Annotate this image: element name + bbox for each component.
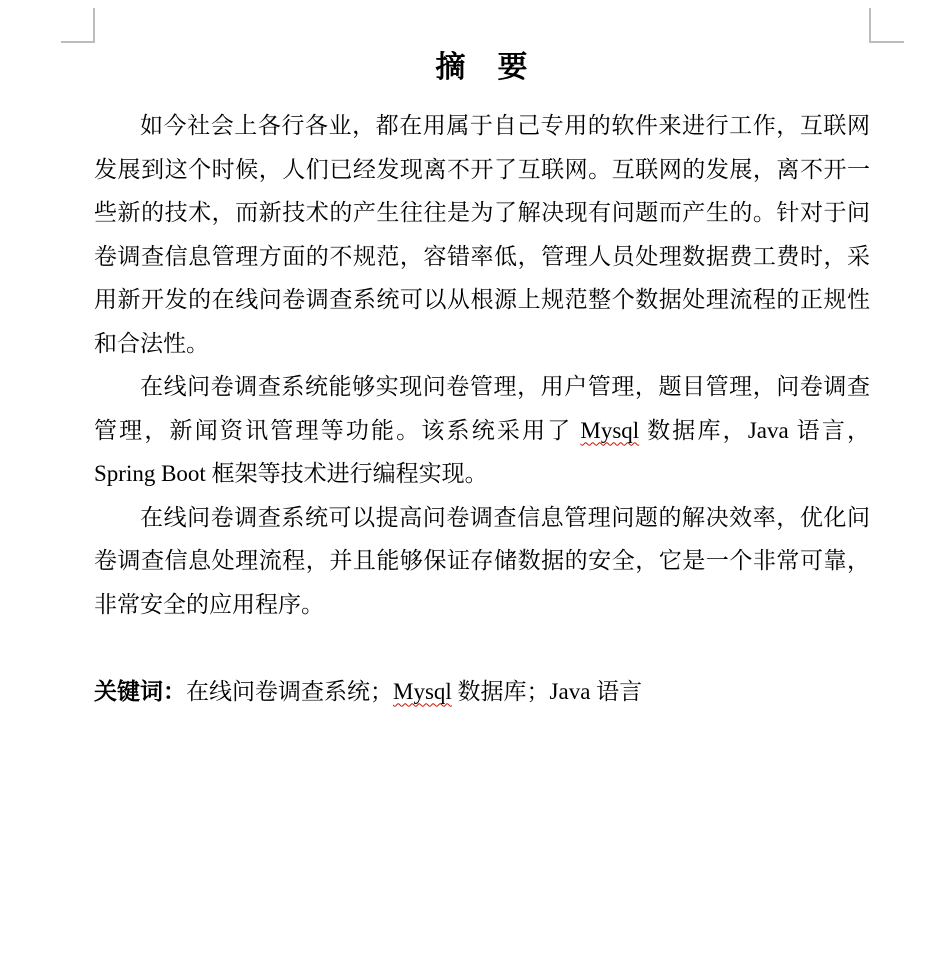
keywords-item-system: 在线问卷调查系统； [186, 679, 393, 704]
margin-crop-mark-top-right-horizontal [869, 41, 904, 43]
keywords-line: 关键词：在线问卷调查系统；Mysql 数据库；Java 语言 [94, 670, 870, 714]
page-title: 摘 要 [94, 42, 870, 94]
misspelled-word-mysql: Mysql [580, 418, 639, 443]
keywords-label: 关键词： [94, 679, 186, 704]
misspelled-word-mysql-keywords: Mysql [393, 679, 452, 704]
keywords-item-rest: 数据库；Java 语言 [452, 679, 642, 704]
margin-crop-mark-top-right-vertical [869, 8, 871, 43]
blank-line [94, 626, 870, 670]
document-page: 摘 要 如今社会上各行各业，都在用属于自己专用的软件来进行工作，互联网发展到这个… [0, 0, 942, 966]
margin-crop-mark-top-left-horizontal [61, 41, 95, 43]
paragraph-1: 如今社会上各行各业，都在用属于自己专用的软件来进行工作，互联网发展到这个时候，人… [94, 104, 870, 365]
margin-crop-mark-top-left-vertical [93, 8, 95, 43]
paragraph-2: 在线问卷调查系统能够实现问卷管理，用户管理，题目管理，问卷调查管理，新闻资讯管理… [94, 365, 870, 496]
paragraph-3: 在线问卷调查系统可以提高问卷调查信息管理问题的解决效率，优化问卷调查信息处理流程… [94, 496, 870, 627]
document-text-area[interactable]: 摘 要 如今社会上各行各业，都在用属于自己专用的软件来进行工作，互联网发展到这个… [94, 42, 870, 713]
